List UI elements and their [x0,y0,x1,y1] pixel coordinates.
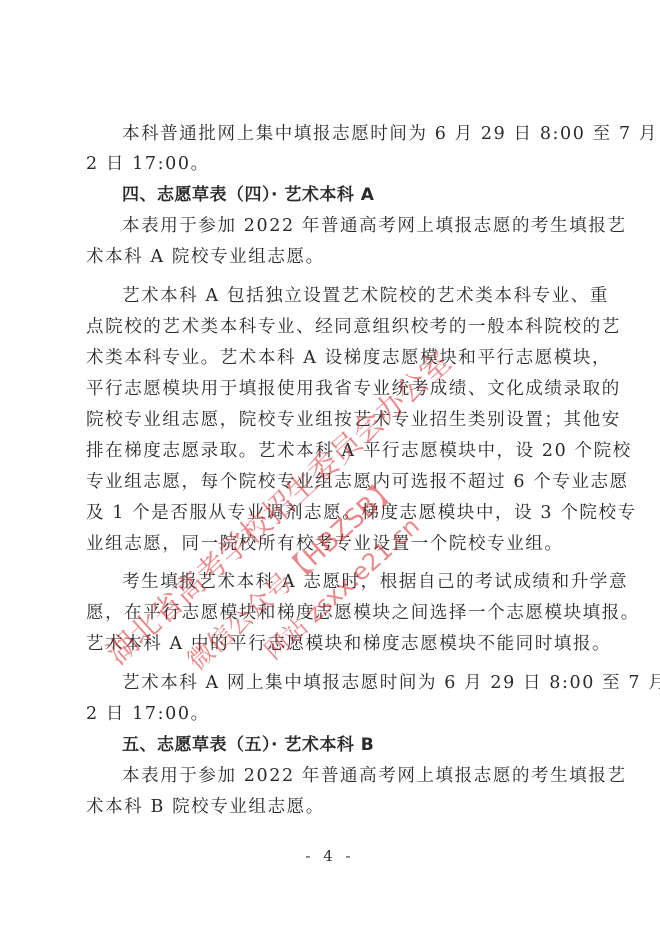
paragraph-line: 院校专业组志愿，院校专业组按艺术专业招生类别设置；其他安 [86,405,576,435]
paragraph-line: 术类本科专业。艺术本科 A 设梯度志愿模块和平行志愿模块， [86,343,576,373]
paragraph-line: 本表用于参加 2022 年普通高考网上填报志愿的考生填报艺 [122,761,576,791]
section-heading: 五、志愿草表（五）· 艺术本科 B [122,730,576,760]
paragraph-line: 艺术本科 A 包括独立设置艺术院校的艺术类本科专业、重 [122,281,576,311]
paragraph-line: 专业组志愿，每个院校专业组志愿内可选报不超过 6 个专业志愿 [86,467,576,497]
section-heading: 四、志愿草表（四）· 艺术本科 A [122,180,576,210]
document-page: 本科普通批网上集中填报志愿时间为 6 月 29 日 8:00 至 7 月2 日 … [0,0,660,932]
paragraph-line: 平行志愿模块用于填报使用我省专业统考成绩、文化成绩录取的 [86,374,576,404]
paragraph-line: 术本科 B 院校专业组志愿。 [86,792,576,822]
paragraph-line: 业组志愿，同一院校所有校考专业设置一个院校专业组。 [86,529,576,559]
paragraph-line: 排在梯度志愿录取。艺术本科 A 平行志愿模块中，设 20 个院校 [86,436,576,466]
paragraph-line: 艺术本科 A 网上集中填报志愿时间为 6 月 29 日 8:00 至 7 月 [122,668,576,698]
paragraph-line: 本表用于参加 2022 年普通高考网上填报志愿的考生填报艺 [122,211,576,241]
paragraph-line: 点院校的艺术类本科专业、经同意组织校考的一般本科院校的艺 [86,312,576,342]
paragraph-line: 及 1 个是否服从专业调剂志愿。梯度志愿模块中，设 3 个院校专 [86,498,576,528]
paragraph-line: 愿，在平行志愿模块和梯度志愿模块之间选择一个志愿模块填报。 [86,598,576,628]
paragraph-line: 本科普通批网上集中填报志愿时间为 6 月 29 日 8:00 至 7 月 [122,119,576,149]
paragraph-line: 2 日 17:00。 [86,149,576,179]
page-number: - 4 - [0,847,660,865]
paragraph-line: 2 日 17:00。 [86,699,576,729]
paragraph-line: 术本科 A 院校专业组志愿。 [86,242,576,272]
paragraph-line: 考生填报艺术本科 A 志愿时，根据自己的考试成绩和升学意 [122,567,576,597]
paragraph-line: 艺术本科 A 中的平行志愿模块和梯度志愿模块不能同时填报。 [86,629,576,659]
